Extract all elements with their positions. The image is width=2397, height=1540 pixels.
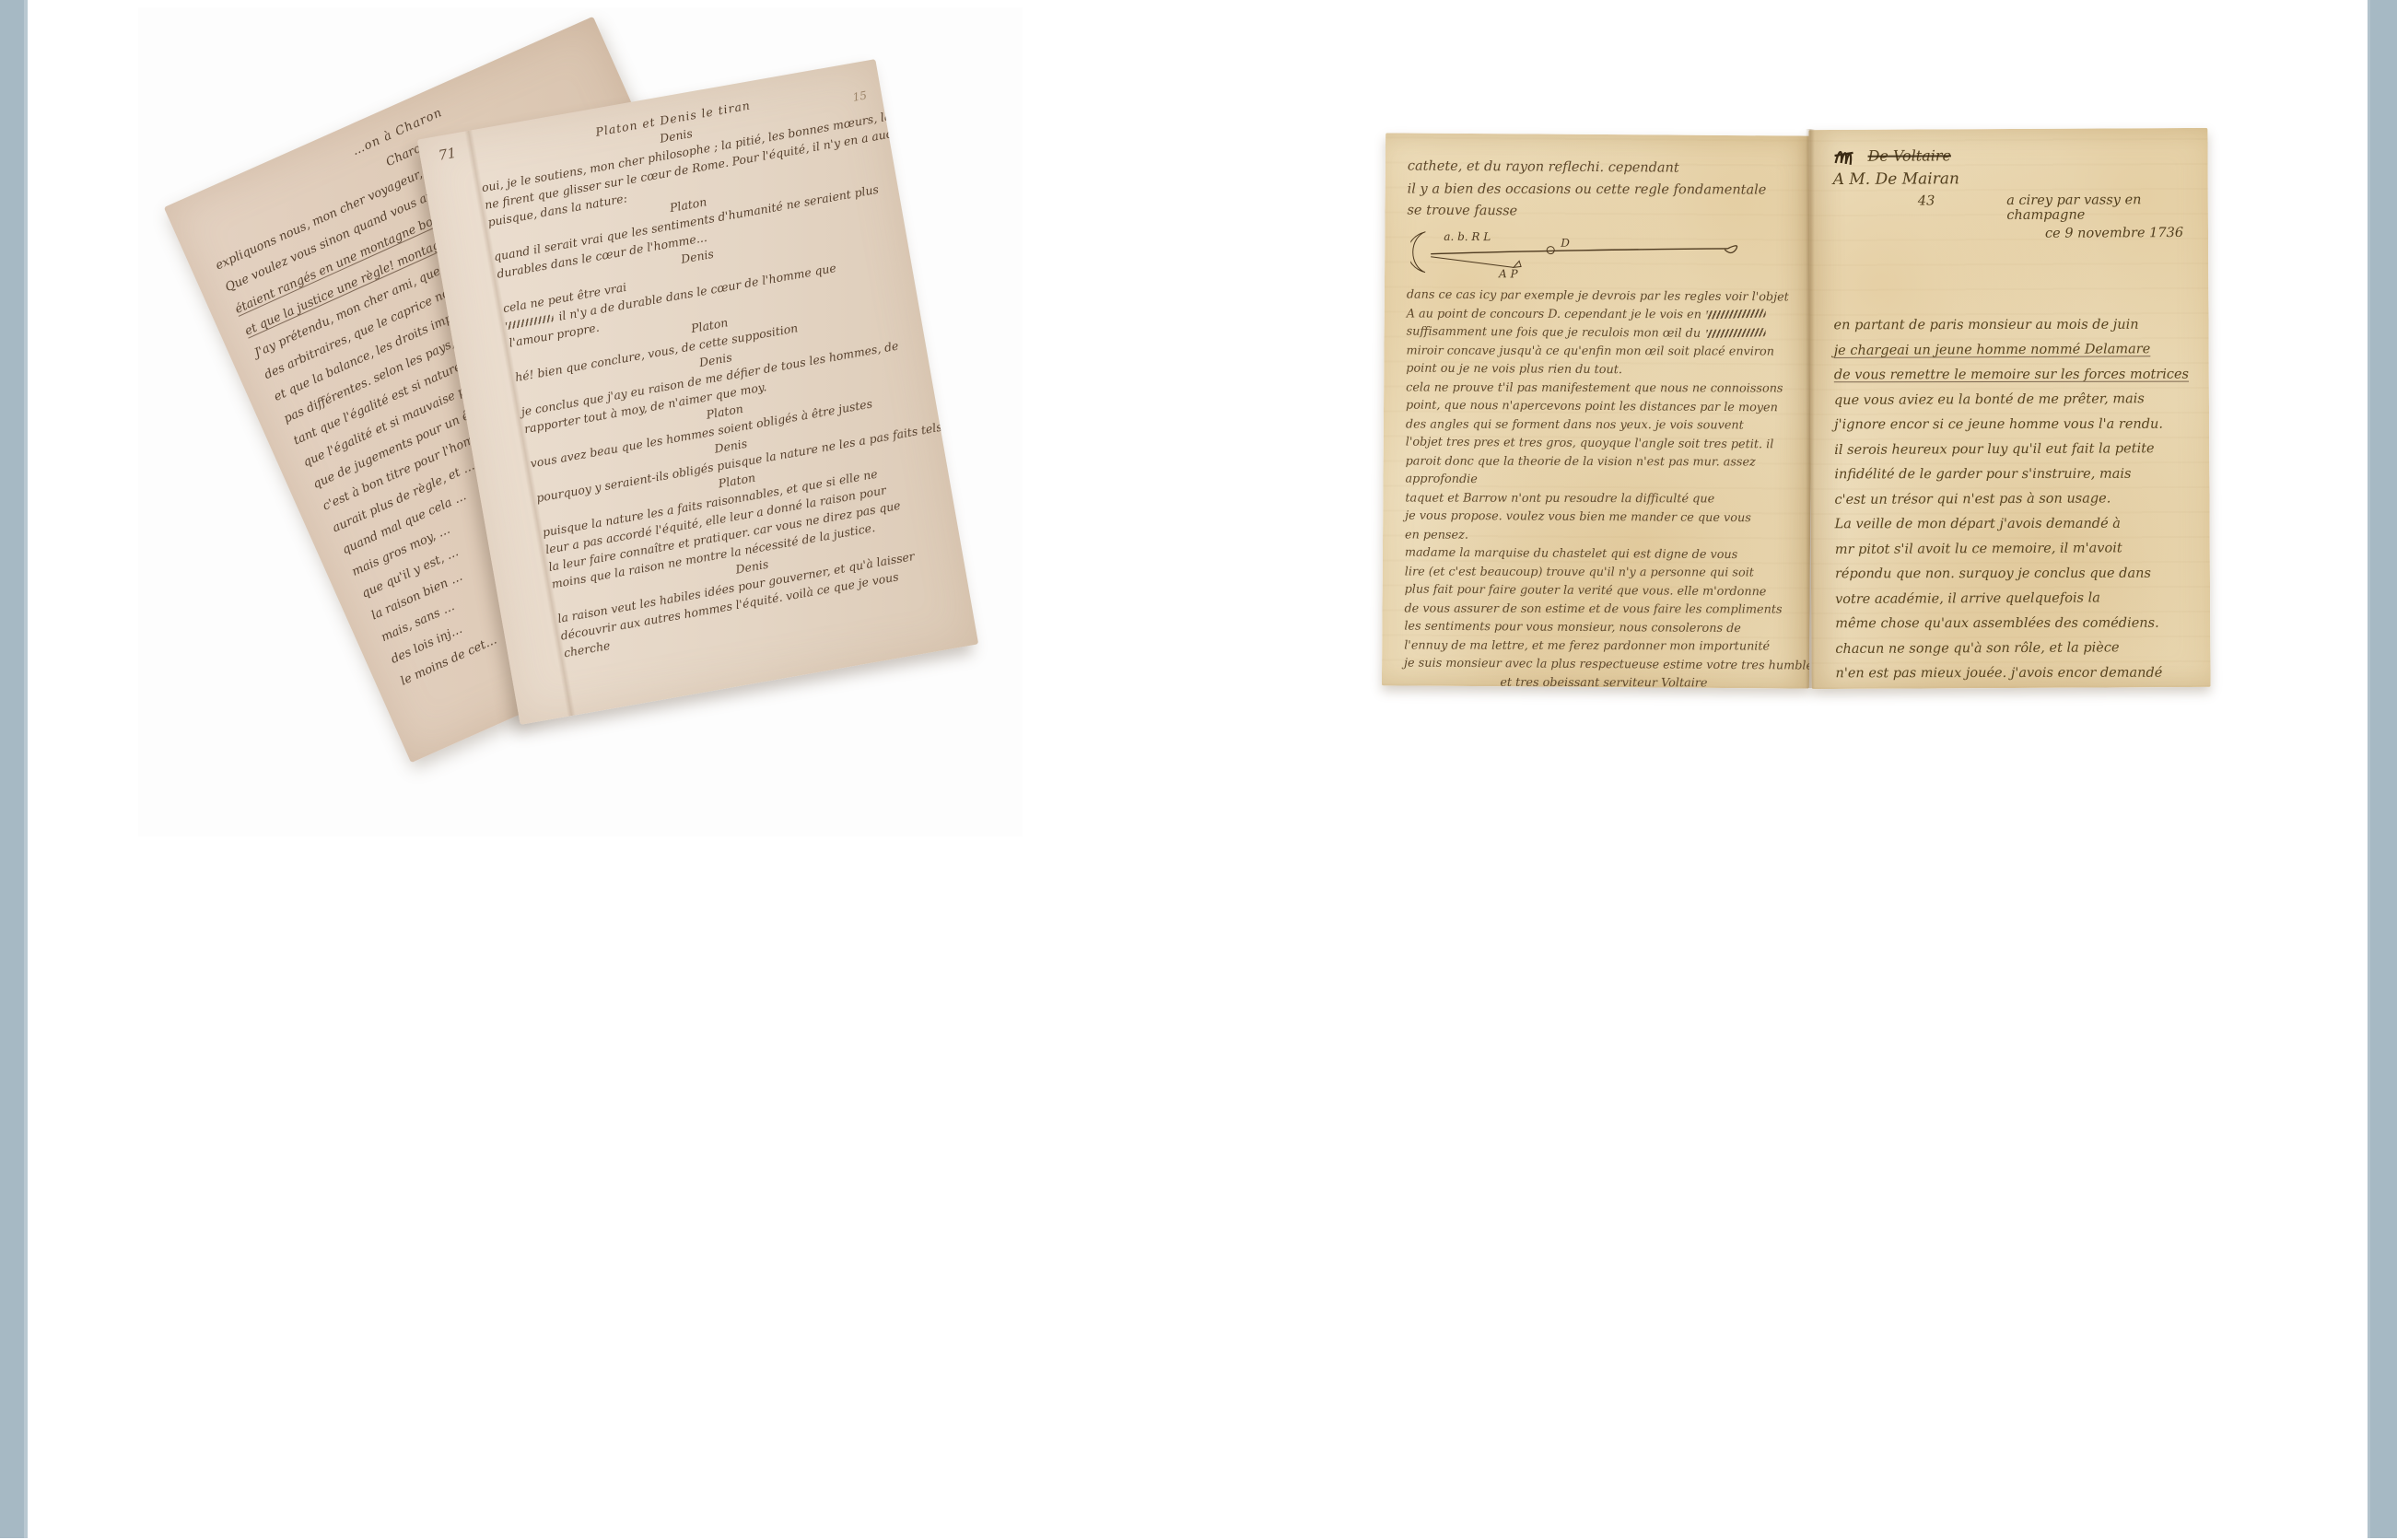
handwriting-line: les sentiments pour vous monsieur, nous …	[1404, 618, 1804, 639]
handwriting-line: approfondie	[1405, 471, 1805, 492]
catalog-page: …on à CharonCharonexpliquons nous, mon c…	[0, 0, 2397, 1540]
letter-heading: De Voltaire A M. De Mairan 43 a cirey pa…	[1832, 143, 2199, 242]
handwriting-line: point ou je ne vois plus rien du tout.	[1406, 360, 1806, 381]
handwriting-line: suffisamment une fois que je reculois mo…	[1407, 323, 1807, 344]
handwriting-line: il serois heureux pour luy qu'il eut fai…	[1834, 437, 2202, 463]
handwriting-line: je chargeai un jeune homme nommé Delamar…	[1834, 337, 2202, 364]
folio-number: 71	[438, 145, 458, 164]
dialogue-manuscript-photo: …on à CharonCharonexpliquons nous, mon c…	[138, 7, 1023, 836]
handwriting-line: A au point de concours D. cependant je l…	[1407, 305, 1807, 324]
addressee-line: A M. De Mairan	[1833, 169, 2199, 189]
concave-mirror-shape	[1410, 232, 1425, 273]
handwriting-line: en partant de paris monsieur au mois de …	[1834, 313, 2202, 339]
handwriting-line: La veille de mon départ j'avois demandé …	[1835, 512, 2203, 538]
handwriting-line: infidélité de le garder pour s'instruire…	[1834, 462, 2202, 488]
handwriting-line: lire (et c'est beaucoup) trouve qu'il n'…	[1405, 563, 1805, 582]
handwriting-line: miroir concave jusqu'à ce qu'enfin mon œ…	[1406, 342, 1806, 361]
handwriting-line: l'objet tres pres et tres gros, quoyque …	[1406, 434, 1806, 455]
handwriting-line: de vous assurer de son estime et de vous…	[1404, 600, 1804, 619]
handwriting-line: l'ennuy de ma lettre, et me ferez pardon…	[1404, 636, 1804, 656]
handwriting-line: des angles qui se forment dans nos yeux.…	[1406, 415, 1806, 435]
letter-right-page: De Voltaire A M. De Mairan 43 a cirey pa…	[1808, 128, 2210, 689]
incident-ray-line	[1431, 257, 1514, 268]
ray-end-flag	[1514, 261, 1521, 267]
place-text: a cirey par vassy en champagne	[2006, 192, 2199, 223]
letter-left-body: dans ce cas icy par exemple je devrois p…	[1404, 286, 1807, 689]
letter-right-body: en partant de paris monsieur au mois de …	[1833, 312, 2203, 687]
handwriting-line: paroit donc que la theorie de la vision …	[1406, 452, 1806, 472]
handwriting-line: point, que nous n'apercevons point les d…	[1406, 397, 1806, 418]
diagram-label-top: a. b. R L	[1444, 230, 1491, 243]
left-margin-bar	[0, 0, 28, 1538]
reflected-ray-line	[1431, 247, 1727, 256]
ink-scribble	[1832, 145, 1864, 167]
handwriting-line: je suis monsieur avec la plus respectueu…	[1404, 655, 1804, 676]
handwriting-line: cathete, et du rayon reflechi. cependant	[1408, 156, 1806, 181]
spread-fold	[1806, 129, 1815, 688]
diagram-label-mid: D	[1560, 237, 1570, 250]
handwriting-line: n'en est pas mieux jouée. j'avois encor …	[1835, 661, 2203, 687]
handwriting-line: madame la marquise du chastelet qui est …	[1405, 544, 1805, 566]
handwriting-line: répondu que non. surquoy je conclus que …	[1835, 562, 2203, 588]
handwriting-line: de vous remettre le memoire sur les forc…	[1834, 363, 2202, 389]
diagram-label-bottom: A P	[1498, 267, 1519, 280]
handwriting-line: taquet et Barrow n'ont pu resoudre la di…	[1405, 489, 1805, 508]
right-margin-bar	[2368, 0, 2397, 1538]
letter-left-opening: cathete, et du rayon reflechi. cependant…	[1407, 156, 1805, 225]
front-leaf-text: Platon et Denis le tiranDenisoui, je le …	[474, 76, 960, 662]
number-place-line: 43 a cirey par vassy en champagne	[1833, 192, 2199, 224]
handwriting-line: et tres obeissant serviteur Voltaire	[1404, 673, 1804, 688]
letter-number: 43	[1918, 193, 1935, 223]
handwriting-line: chacun ne songe qu'à son rôle, et la piè…	[1835, 636, 2203, 662]
struck-author-line: De Voltaire	[1832, 143, 2198, 167]
voltaire-letter-photo: cathete, et du rayon reflechi. cependant…	[1384, 129, 2209, 689]
struck-author-name: De Voltaire	[1868, 146, 1952, 164]
handwriting-line: j'ignore encor si ce jeune homme vous l'…	[1834, 413, 2202, 438]
handwriting-line: dans ce cas icy par exemple je devrois p…	[1407, 286, 1807, 308]
handwriting-line: cela ne prouve t'il pas manifestement qu…	[1406, 379, 1806, 398]
handwriting-line: mr pitot s'il avoit lu ce memoire, il m'…	[1835, 536, 2203, 563]
handwriting-line: c'est un trésor qui n'est pas à son usag…	[1834, 486, 2202, 513]
handwriting-line: même chose qu'aux assemblées des comédie…	[1835, 612, 2203, 637]
letter-left-page: cathete, et du rayon reflechi. cependant…	[1382, 133, 1813, 688]
handwriting-line: se trouve fausse	[1407, 200, 1805, 225]
handwriting-line: votre académie, il arrive quelquefois la	[1835, 586, 2203, 612]
handwriting-line: je vous propose. voulez vous bien me man…	[1405, 507, 1805, 529]
handwriting-line: il y a bien des occasions ou cette regle…	[1408, 178, 1806, 201]
date-line: ce 9 novembre 1736	[2045, 226, 2199, 241]
handwriting-line: que vous aviez eu la bonté de me prêter,…	[1834, 387, 2202, 414]
handwriting-line: en pensez.	[1405, 526, 1805, 545]
concave-mirror-optics-diagram: a. b. R L D A P	[1410, 227, 1779, 282]
handwriting-line: plus fait pour faire gouter la verité qu…	[1405, 581, 1805, 602]
